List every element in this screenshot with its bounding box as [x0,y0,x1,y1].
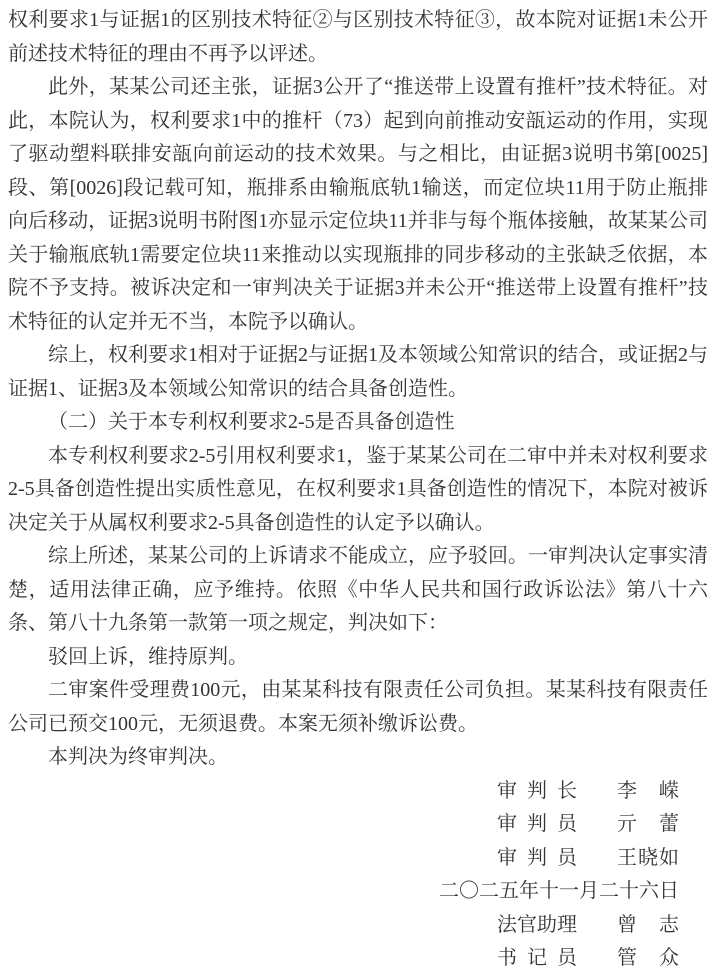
signature-name: 亓蕾 [617,808,679,842]
signature-role: 审判长 [497,775,577,809]
signature-name: 王晓如 [617,842,679,876]
signature-name: 管众 [617,942,679,973]
paragraph-final-conclusion: 综上所述，某某公司的上诉请求不能成立，应予驳回。一审判决认定事实清楚，适用法律正… [8,540,708,641]
signature-line-presiding-judge: 审判长李嵘 [8,775,679,809]
paragraph-claim1-conclusion: 综上，权利要求1相对于证据2与证据1及本领域公知常识的结合，或证据2与证据1、证… [8,339,708,406]
signature-role: 书记员 [497,942,577,973]
signature-line-clerk: 书记员管众 [8,942,679,973]
signature-block: 审判长李嵘 审判员亓蕾 审判员王晓如 二〇二五年十一月二十六日 法官助理曾志 书… [8,775,708,973]
paragraph-evidence3-argument: 此外，某某公司还主张，证据3公开了“推送带上设置有推杆”技术特征。对此，本院认为… [8,71,708,339]
signature-role: 审判员 [497,842,577,876]
judgment-document: 权利要求1与证据1的区别技术特征②与区别技术特征③，故本院对证据1未公开前述技术… [0,0,716,973]
paragraph-claims-2-5: 本专利权利要求2-5引用权利要求1，鉴于某某公司在二审中并未对权利要求2-5具备… [8,440,708,541]
paragraph-continuation: 权利要求1与证据1的区别技术特征②与区别技术特征③，故本院对证据1未公开前述技术… [8,4,708,71]
signature-name: 李嵘 [617,775,679,809]
paragraph-final-statement: 本判决为终审判决。 [8,741,708,775]
signature-line-judge-2: 审判员王晓如 [8,842,679,876]
signature-role: 审判员 [497,808,577,842]
judgment-date: 二〇二五年十一月二十六日 [8,875,679,909]
paragraph-court-fee: 二审案件受理费100元，由某某科技有限责任公司负担。某某科技有限责任公司已预交1… [8,674,708,741]
section-heading-claims-2-5: （二）关于本专利权利要求2-5是否具备创造性 [8,406,708,440]
judgment-page: { "document": { "kind": "court-judgment-… [0,0,716,973]
signature-line-judge-1: 审判员亓蕾 [8,808,679,842]
signature-role: 法官助理 [497,909,577,943]
paragraph-ruling: 驳回上诉，维持原判。 [8,641,708,675]
signature-line-judge-assistant: 法官助理曾志 [8,909,679,943]
signature-name: 曾志 [617,909,679,943]
